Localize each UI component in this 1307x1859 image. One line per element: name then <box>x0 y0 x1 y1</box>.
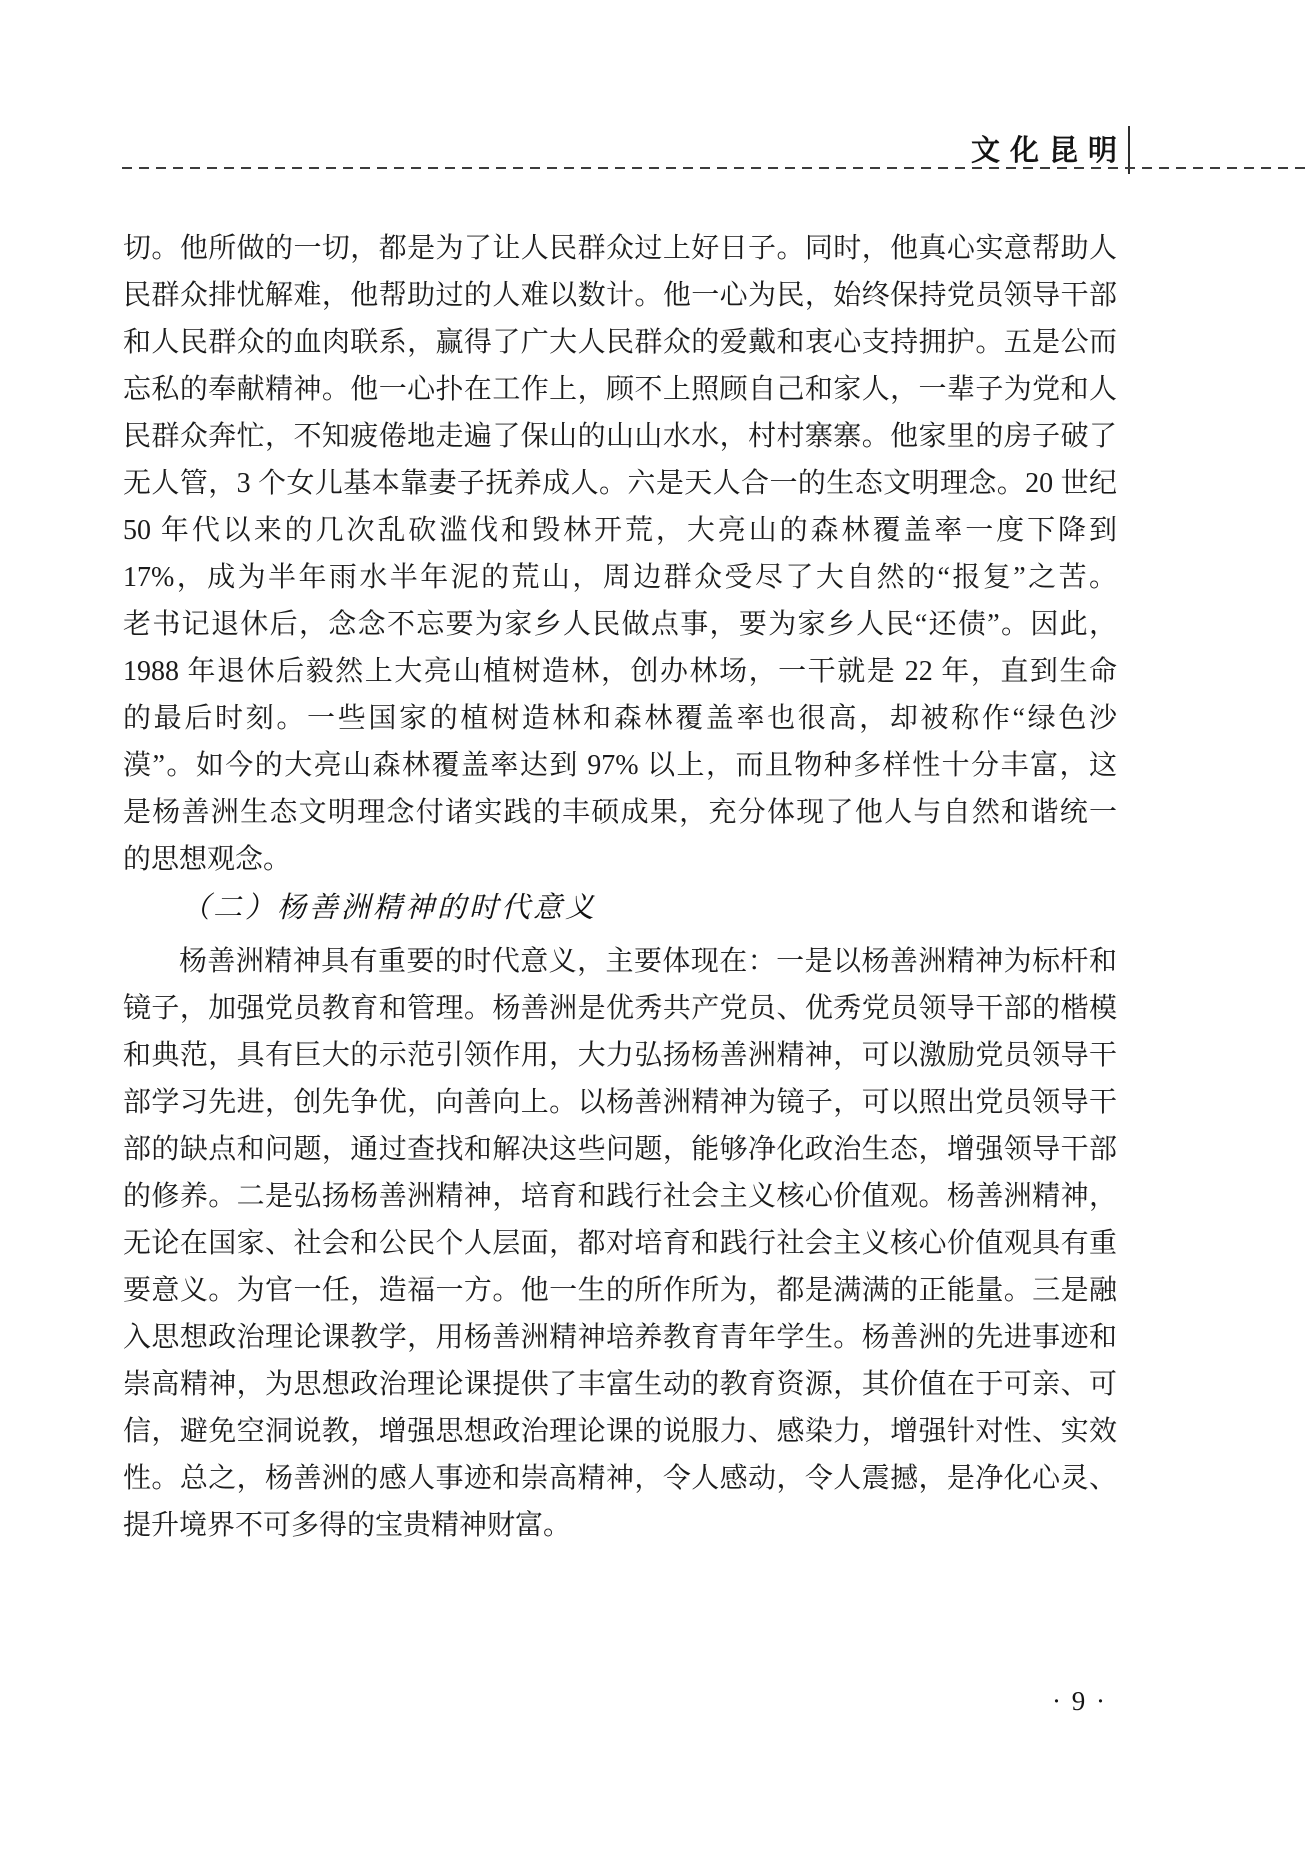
body-line: 性。总之，杨善洲的感人事迹和崇高精神，令人感动，令人震撼，是净化心灵、 <box>123 1455 1117 1502</box>
document-page: 文化昆明 切。他所做的一切，都是为了让人民群众过上好日子。同时，他真心实意帮助人… <box>0 0 1307 1859</box>
body-line: 无论在国家、社会和公民个人层面，都对培育和践行社会主义核心价值观具有重 <box>123 1220 1117 1267</box>
body-line: 的最后时刻。一些国家的植树造林和森林覆盖率也很高，却被称作“绿色沙 <box>123 695 1117 742</box>
body-line: 和典范，具有巨大的示范引领作用，大力弘扬杨善洲精神，可以激励党员领导干 <box>123 1032 1117 1079</box>
body-line: 无人管，3 个女儿基本靠妻子抚养成人。六是天人合一的生态文明理念。20 世纪 <box>123 460 1117 507</box>
body-line: 信，避免空洞说教，增强思想政治理论课的说服力、感染力，增强针对性、实效 <box>123 1408 1117 1455</box>
body-line: 镜子，加强党员教育和管理。杨善洲是优秀共产党员、优秀党员领导干部的楷模 <box>123 985 1117 1032</box>
body-line: 漠”。如今的大亮山森林覆盖率达到 97% 以上，而且物种多样性十分丰富，这 <box>123 742 1117 789</box>
body-line: 1988 年退休后毅然上大亮山植树造林，创办林场，一干就是 22 年，直到生命 <box>123 648 1117 695</box>
body-line: 是杨善洲生态文明理念付诸实践的丰硕成果，充分体现了他人与自然和谐统一 <box>123 789 1117 836</box>
body-line: 的思想观念。 <box>123 836 1117 883</box>
body-line: 提升境界不可多得的宝贵精神财富。 <box>123 1502 1117 1549</box>
body-line: 民群众排忧解难，他帮助过的人难以数计。他一心为民，始终保持党员领导干部 <box>123 272 1117 319</box>
header-dashed-divider <box>122 167 1307 169</box>
body-line: 崇高精神，为思想政治理论课提供了丰富生动的教育资源，其价值在于可亲、可 <box>123 1361 1117 1408</box>
body-line: 部学习先进，创先争优，向善向上。以杨善洲精神为镜子，可以照出党员领导干 <box>123 1079 1117 1126</box>
body-line: 杨善洲精神具有重要的时代意义，主要体现在：一是以杨善洲精神为标杆和 <box>123 938 1117 985</box>
page-header-title: 文化昆明 <box>971 128 1127 169</box>
paragraph: 杨善洲精神具有重要的时代意义，主要体现在：一是以杨善洲精神为标杆和 镜子，加强党… <box>123 938 1117 1549</box>
page-number: · 9 · <box>1052 1686 1107 1717</box>
page-body: 切。他所做的一切，都是为了让人民群众过上好日子。同时，他真心实意帮助人 民群众排… <box>123 225 1117 1549</box>
paragraph: 切。他所做的一切，都是为了让人民群众过上好日子。同时，他真心实意帮助人 民群众排… <box>123 225 1117 883</box>
body-line: 的修养。二是弘扬杨善洲精神，培育和践行社会主义核心价值观。杨善洲精神， <box>123 1173 1117 1220</box>
body-line: 要意义。为官一任，造福一方。他一生的所作所为，都是满满的正能量。三是融 <box>123 1267 1117 1314</box>
body-line: 50 年代以来的几次乱砍滥伐和毁林开荒，大亮山的森林覆盖率一度下降到 <box>123 507 1117 554</box>
body-line: 17%，成为半年雨水半年泥的荒山，周边群众受尽了大自然的“报复”之苦。 <box>123 554 1117 601</box>
body-line: 民群众奔忙，不知疲倦地走遍了保山的山山水水，村村寨寨。他家里的房子破了 <box>123 413 1117 460</box>
body-line: 老书记退休后，念念不忘要为家乡人民做点事，要为家乡人民“还债”。因此， <box>123 601 1117 648</box>
body-line: 切。他所做的一切，都是为了让人民群众过上好日子。同时，他真心实意帮助人 <box>123 225 1117 272</box>
body-line: 忘私的奉献精神。他一心扑在工作上，顾不上照顾自己和家人，一辈子为党和人 <box>123 366 1117 413</box>
body-line: 部的缺点和问题，通过查找和解决这些问题，能够净化政治生态，增强领导干部 <box>123 1126 1117 1173</box>
section-heading: （二）杨善洲精神的时代意义 <box>123 885 1117 932</box>
body-line: 入思想政治理论课教学，用杨善洲精神培养教育青年学生。杨善洲的先进事迹和 <box>123 1314 1117 1361</box>
body-line: 和人民群众的血肉联系，赢得了广大人民群众的爱戴和衷心支持拥护。五是公而 <box>123 319 1117 366</box>
